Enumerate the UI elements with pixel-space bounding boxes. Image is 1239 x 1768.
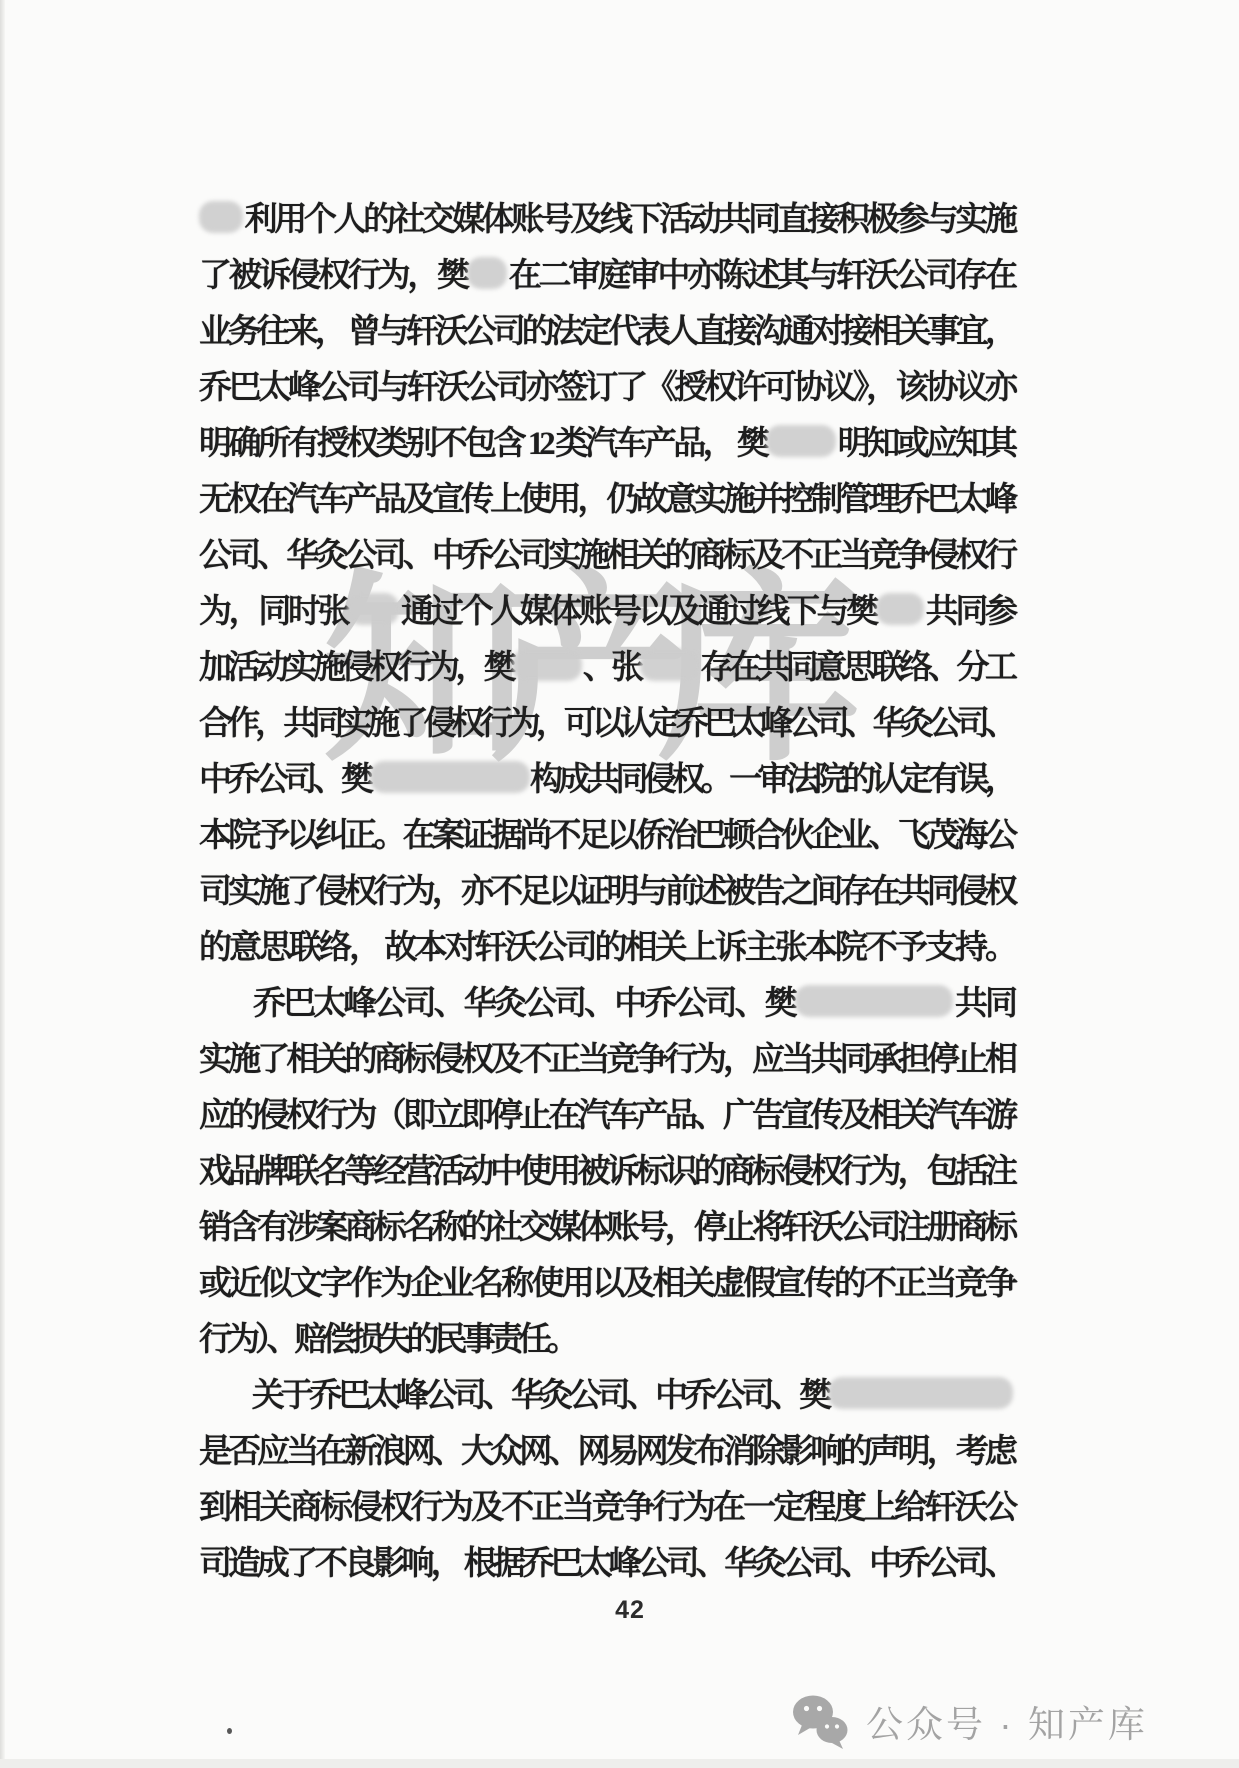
- scan-speck: [227, 1728, 232, 1734]
- text-line: 合作，共同实施了侵权行为，可以认定乔巴太峰公司、华灸公司、: [199, 696, 1013, 752]
- text-line: 乔巴太峰公司、华灸公司、中乔公司、樊共同: [199, 976, 1013, 1032]
- text-line: 关于乔巴太峰公司、华灸公司、中乔公司、樊: [199, 1368, 1013, 1424]
- text-line: 本院予以纠正。在案证据尚不足以侨治巴顿合伙企业、飞茂海公: [199, 808, 1013, 864]
- redaction-blur: [199, 201, 243, 233]
- footer-brand-text: 公众号 · 知产库: [866, 1694, 1148, 1748]
- page-number: 42: [0, 1596, 1239, 1625]
- text-line: 实施了相关的商标侵权及不正当竞争行为，应当共同承担停止相: [199, 1032, 1013, 1088]
- redaction-blur: [795, 985, 953, 1017]
- text-line: 司造成了不良影响， 根据乔巴太峰公司、华灸公司、中乔公司、: [199, 1536, 1013, 1592]
- text-line: 是否应当在新浪网、大众网、网易网发布消除影响的声明，考虑: [199, 1424, 1013, 1480]
- text-line: 销含有涉案商标名称的社交媒体账号，停止将轩沃公司注册商标: [199, 1200, 1013, 1256]
- paragraph-indent: [199, 1013, 251, 1014]
- redaction-blur: [876, 593, 924, 625]
- paragraph-indent: [199, 1405, 251, 1406]
- text-line: 戏品牌联名等经营活动中使用被诉标识的商标侵权行为，包括注: [199, 1144, 1013, 1200]
- text-line: 业务往来， 曾与轩沃公司的法定代表人直接沟通对接相关事宜，: [199, 304, 1013, 360]
- text-line: 中乔公司、樊构成共同侵权。一审法院的认定有误，: [199, 752, 1013, 808]
- text-line: 应的侵权行为（即立即停止在汽车产品、广告宣传及相关汽车游: [199, 1088, 1013, 1144]
- text-line: 无权在汽车产品及宣传上使用，仍故意实施并控制管理乔巴太峰: [199, 472, 1013, 528]
- text-line: 的意思联络， 故本对轩沃公司的相关上诉主张本院不予支持。: [199, 920, 1013, 976]
- text-line: 或近似文字作为企业名称使用以及相关虚假宣传的不正当竞争: [199, 1256, 1013, 1312]
- redaction-blur: [512, 649, 582, 681]
- scan-edge-left: [0, 0, 5, 1768]
- redaction-blur: [347, 593, 399, 625]
- text-line: 司实施了侵权行为，亦不足以证明与前述被告之间存在共同侵权: [199, 864, 1013, 920]
- scan-edge-bottom: [0, 1759, 1239, 1768]
- redaction-blur: [766, 425, 836, 457]
- wechat-icon: [790, 1692, 850, 1750]
- footer-brand: 公众号 · 知产库: [790, 1690, 1148, 1752]
- text-line: 到相关商标侵权行为及不正当竞争行为在一定程度上给轩沃公: [199, 1480, 1013, 1536]
- text-line: 明确所有授权类别不包含 12 类汽车产品， 樊明知或应知其: [199, 416, 1013, 472]
- document-body: 利用个人的社交媒体账号及线下活动共同直接积极参与实施了被诉侵权行为，樊在二审庭审…: [199, 192, 1013, 1592]
- text-line: 为，同时张通过个人媒体账号以及通过线下与樊共同参: [199, 584, 1013, 640]
- text-line: 乔巴太峰公司与轩沃公司亦签订了《授权许可协议》，该协议亦: [199, 360, 1013, 416]
- text-line: 利用个人的社交媒体账号及线下活动共同直接积极参与实施: [199, 192, 1013, 248]
- text-line: 公司、华灸公司、中乔公司实施相关的商标及不正当竞争侵权行: [199, 528, 1013, 584]
- redaction-blur: [640, 649, 700, 681]
- redaction-blur: [467, 257, 507, 289]
- text-line: 行为）、赔偿损失的民事责任。: [199, 1312, 1013, 1368]
- redaction-blur: [828, 1377, 1013, 1409]
- redaction-blur: [370, 761, 530, 793]
- text-line: 加活动实施侵权行为，樊、张存在共同意思联络、分工: [199, 640, 1013, 696]
- document-page: 知产库 利用个人的社交媒体账号及线下活动共同直接积极参与实施了被诉侵权行为，樊在…: [0, 0, 1239, 1768]
- text-line: 了被诉侵权行为，樊在二审庭审中亦陈述其与轩沃公司存在: [199, 248, 1013, 304]
